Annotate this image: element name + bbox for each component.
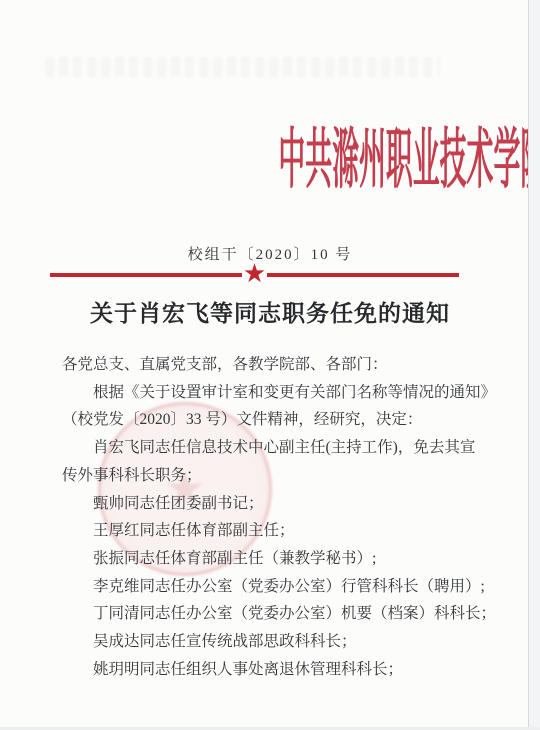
notice-title: 关于肖宏飞等同志职务任免的通知 (0, 295, 540, 328)
body-line: （校党发〔2020〕33 号）文件精神，经研究，决定： (62, 406, 522, 434)
body-line: 各党总支、直属党支部，各教学院部、各部门： (62, 351, 522, 379)
body-line: 丁同清同志任办公室（党委办公室）机要（档案）科科长； (62, 600, 522, 628)
document-header-title-text: 中共滁州职业技术学院委员会文件 (278, 123, 540, 196)
body-line: 根据《关于设置审计室和变更有关部门名称等情况的通知》 (62, 379, 522, 407)
body-line: 吴成达同志任宣传统战部思政科科长； (62, 628, 522, 656)
red-rule-right (267, 273, 459, 277)
body-line: 李克维同志任办公室（党委办公室）行管科科长（聘用）; (62, 573, 522, 601)
body-line: 肖宏飞同志任信息技术中心副主任(主持工作)，免去其宣 (62, 434, 522, 462)
document-header-title: 中共滁州职业技术学院委员会文件 (0, 124, 540, 196)
star-icon: ★ (243, 261, 266, 287)
document-page: 中共滁州职业技术学院委员会文件 校组干〔2020〕10 号 ★ 关于肖宏飞等同志… (0, 0, 540, 730)
document-body: 各党总支、直属党支部，各教学院部、各部门：根据《关于设置审计室和变更有关部门名称… (62, 351, 522, 683)
scan-edge-right (528, 0, 540, 730)
scan-bleed-artifact (45, 57, 440, 77)
red-rule-left (50, 273, 242, 277)
red-header-rule: ★ (50, 260, 459, 290)
body-line: 姚玥明同志任组织人事处离退休管理科科长； (62, 656, 522, 684)
body-line: 传外事科科长职务； (62, 462, 522, 490)
body-line: 甄帅同志任团委副书记； (62, 490, 522, 518)
body-line: 王厚红同志任体育部副主任； (62, 517, 522, 545)
body-line: 张振同志任体育部副主任（兼教学秘书）; (62, 545, 522, 573)
